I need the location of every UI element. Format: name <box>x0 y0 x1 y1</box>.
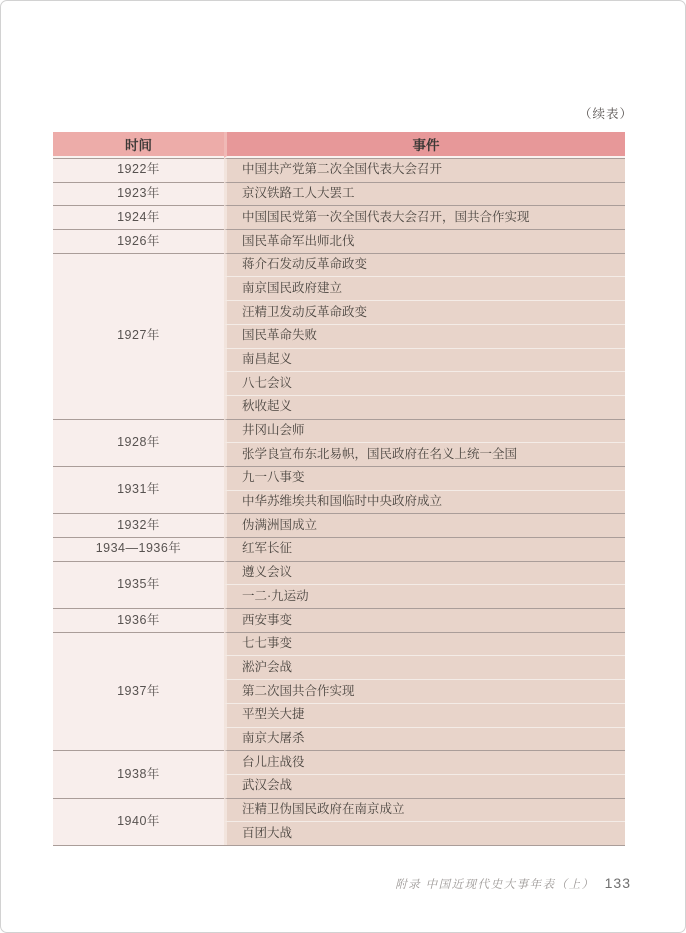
event-cell: 中国共产党第二次全国代表大会召开 <box>224 158 625 182</box>
event-cell: 中国国民党第一次全国代表大会召开，国共合作实现 <box>224 205 625 229</box>
timeline-table-wrap: 时间 事件 1922年中国共产党第二次全国代表大会召开1923年京汉铁路工人大罢… <box>53 132 625 846</box>
event-cell: 京汉铁路工人大罢工 <box>224 182 625 206</box>
event-cell: 南京国民政府建立 <box>224 276 625 300</box>
event-cell: 蒋介石发动反革命政变 <box>224 253 625 277</box>
event-cell: 西安事变 <box>224 608 625 632</box>
event-cell: 汪精卫伪国民政府在南京成立 <box>224 798 625 822</box>
year-cell: 1931年 <box>53 466 224 513</box>
event-cell: 武汉会战 <box>224 774 625 798</box>
book-page: （续表） 时间 事件 1922年中国共产党第二次全国代表大会召开1923年京汉铁… <box>0 0 686 933</box>
year-cell: 1936年 <box>53 608 224 632</box>
event-cell: 七七事变 <box>224 632 625 656</box>
year-cell: 1934—1936年 <box>53 537 224 561</box>
year-cell: 1924年 <box>53 205 224 229</box>
event-cell: 伪满洲国成立 <box>224 513 625 537</box>
event-cell: 中华苏维埃共和国临时中央政府成立 <box>224 490 625 514</box>
event-cell: 汪精卫发动反革命政变 <box>224 300 625 324</box>
table-row: 1938年台儿庄战役 <box>53 750 625 774</box>
event-cell: 遵义会议 <box>224 561 625 585</box>
event-cell: 平型关大捷 <box>224 703 625 727</box>
table-row: 1935年遵义会议 <box>53 561 625 585</box>
year-cell: 1927年 <box>53 253 224 419</box>
event-cell: 南京大屠杀 <box>224 727 625 751</box>
event-cell: 一二·九运动 <box>224 584 625 608</box>
year-cell: 1932年 <box>53 513 224 537</box>
event-cell: 秋收起义 <box>224 395 625 419</box>
event-cell: 台儿庄战役 <box>224 750 625 774</box>
year-cell: 1922年 <box>53 158 224 182</box>
header-cell-time: 时间 <box>53 132 224 158</box>
continued-table-label: （续表） <box>579 104 633 122</box>
table-row: 1927年蒋介石发动反革命政变 <box>53 253 625 277</box>
year-cell: 1923年 <box>53 182 224 206</box>
event-cell: 井冈山会师 <box>224 419 625 443</box>
event-cell: 八七会议 <box>224 371 625 395</box>
table-row: 1924年中国国民党第一次全国代表大会召开，国共合作实现 <box>53 205 625 229</box>
event-cell: 红军长征 <box>224 537 625 561</box>
event-cell: 国民革命军出师北伐 <box>224 229 625 253</box>
table-row: 1923年京汉铁路工人大罢工 <box>53 182 625 206</box>
year-cell: 1926年 <box>53 229 224 253</box>
table-body: 1922年中国共产党第二次全国代表大会召开1923年京汉铁路工人大罢工1924年… <box>53 158 625 845</box>
footer-page-number: 133 <box>605 875 631 891</box>
event-cell: 南昌起义 <box>224 348 625 372</box>
table-row: 1937年七七事变 <box>53 632 625 656</box>
header-row: 时间 事件 <box>53 132 625 158</box>
table-row: 1922年中国共产党第二次全国代表大会召开 <box>53 158 625 182</box>
timeline-table: 时间 事件 1922年中国共产党第二次全国代表大会召开1923年京汉铁路工人大罢… <box>53 132 625 845</box>
year-cell: 1937年 <box>53 632 224 750</box>
event-cell: 百团大战 <box>224 821 625 845</box>
table-row: 1928年井冈山会师 <box>53 419 625 443</box>
page-footer: 附录 中国近现代史大事年表（上） 133 <box>395 875 631 892</box>
table-row: 1931年九一八事变 <box>53 466 625 490</box>
event-cell: 淞沪会战 <box>224 655 625 679</box>
table-header: 时间 事件 <box>53 132 625 158</box>
year-cell: 1940年 <box>53 798 224 845</box>
year-cell: 1938年 <box>53 750 224 797</box>
event-cell: 九一八事变 <box>224 466 625 490</box>
table-row: 1932年伪满洲国成立 <box>53 513 625 537</box>
year-cell: 1928年 <box>53 419 224 466</box>
table-row: 1926年国民革命军出师北伐 <box>53 229 625 253</box>
table-row: 1934—1936年红军长征 <box>53 537 625 561</box>
event-cell: 第二次国共合作实现 <box>224 679 625 703</box>
table-row: 1940年汪精卫伪国民政府在南京成立 <box>53 798 625 822</box>
table-row: 1936年西安事变 <box>53 608 625 632</box>
event-cell: 国民革命失败 <box>224 324 625 348</box>
year-cell: 1935年 <box>53 561 224 608</box>
header-cell-event: 事件 <box>224 132 625 158</box>
event-cell: 张学良宣布东北易帜，国民政府在名义上统一全国 <box>224 442 625 466</box>
footer-section-title: 附录 中国近现代史大事年表（上） <box>395 876 594 892</box>
